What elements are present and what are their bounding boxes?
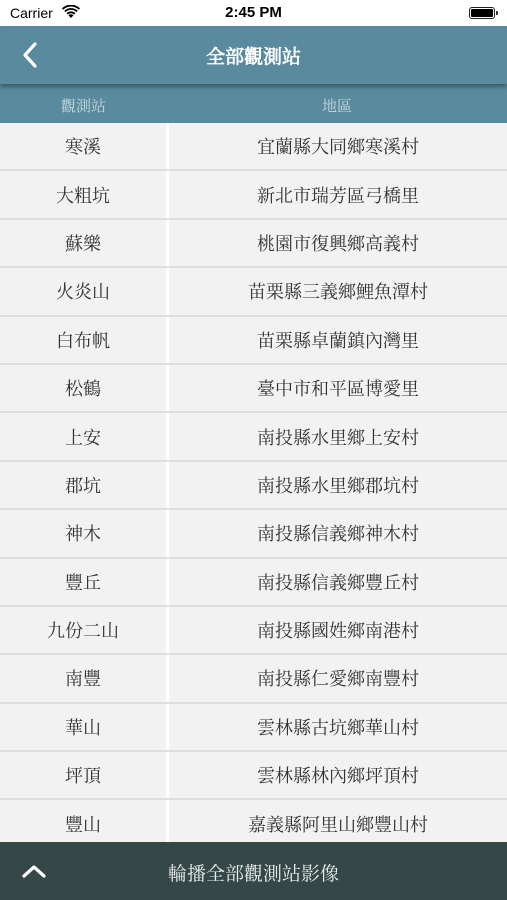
table-row[interactable]: 豐山 嘉義縣阿里山鄉豐山村 bbox=[0, 800, 507, 842]
table-row[interactable]: 郡坑 南投縣水里鄉郡坑村 bbox=[0, 462, 507, 510]
station-region: 臺中市和平區博愛里 bbox=[169, 365, 507, 411]
station-name: 寒溪 bbox=[0, 123, 166, 169]
table-row[interactable]: 九份二山 南投縣國姓鄉南港村 bbox=[0, 607, 507, 655]
station-name: 南豐 bbox=[0, 655, 166, 701]
station-name: 松鶴 bbox=[0, 365, 166, 411]
table-row[interactable]: 坪頂 雲林縣林內鄉坪頂村 bbox=[0, 752, 507, 800]
station-region: 南投縣仁愛鄉南豐村 bbox=[169, 655, 507, 701]
table-header: 觀測站 地區 bbox=[0, 84, 507, 123]
station-region: 南投縣水里鄉郡坑村 bbox=[169, 462, 507, 508]
station-name: 大粗坑 bbox=[0, 171, 166, 217]
station-region: 南投縣國姓鄉南港村 bbox=[169, 607, 507, 653]
station-name: 華山 bbox=[0, 704, 166, 750]
station-name: 白布帆 bbox=[0, 317, 166, 363]
table-row[interactable]: 華山 雲林縣古坑鄉華山村 bbox=[0, 704, 507, 752]
table-row[interactable]: 火炎山 苗栗縣三義鄉鯉魚潭村 bbox=[0, 268, 507, 316]
table-row[interactable]: 白布帆 苗栗縣卓蘭鎮內灣里 bbox=[0, 317, 507, 365]
slideshow-all-stations-button[interactable]: 輪播全部觀測站影像 bbox=[0, 842, 507, 900]
station-name: 郡坑 bbox=[0, 462, 166, 508]
table-row[interactable]: 蘇樂 桃園市復興鄉高義村 bbox=[0, 220, 507, 268]
station-region: 宜蘭縣大同鄉寒溪村 bbox=[169, 123, 507, 169]
station-region: 雲林縣古坑鄉華山村 bbox=[169, 704, 507, 750]
station-name: 豐丘 bbox=[0, 559, 166, 605]
table-row[interactable]: 大粗坑 新北市瑞芳區弓橋里 bbox=[0, 171, 507, 219]
station-name: 火炎山 bbox=[0, 268, 166, 314]
station-name: 上安 bbox=[0, 413, 166, 459]
table-row[interactable]: 松鶴 臺中市和平區博愛里 bbox=[0, 365, 507, 413]
station-region: 苗栗縣三義鄉鯉魚潭村 bbox=[169, 268, 507, 314]
station-region: 新北市瑞芳區弓橋里 bbox=[169, 171, 507, 217]
station-name: 豐山 bbox=[0, 800, 166, 842]
station-region: 嘉義縣阿里山鄉豐山村 bbox=[169, 800, 507, 842]
status-bar: Carrier 2:45 PM bbox=[0, 0, 507, 26]
station-name: 蘇樂 bbox=[0, 220, 166, 266]
table-row[interactable]: 南豐 南投縣仁愛鄉南豐村 bbox=[0, 655, 507, 703]
slideshow-label: 輪播全部觀測站影像 bbox=[0, 859, 507, 886]
column-header-region: 地區 bbox=[167, 95, 507, 116]
station-name: 九份二山 bbox=[0, 607, 166, 653]
table-row[interactable]: 上安 南投縣水里鄉上安村 bbox=[0, 413, 507, 461]
station-table[interactable]: 寒溪 宜蘭縣大同鄉寒溪村 大粗坑 新北市瑞芳區弓橋里 蘇樂 桃園市復興鄉高義村 … bbox=[0, 123, 507, 842]
station-region: 桃園市復興鄉高義村 bbox=[169, 220, 507, 266]
column-header-station: 觀測站 bbox=[0, 95, 167, 116]
station-region: 苗栗縣卓蘭鎮內灣里 bbox=[169, 317, 507, 363]
battery-full-icon bbox=[469, 7, 495, 19]
station-region: 南投縣信義鄉豐丘村 bbox=[169, 559, 507, 605]
station-name: 神木 bbox=[0, 510, 166, 556]
navigation-bar: 全部觀測站 bbox=[0, 26, 507, 84]
table-row[interactable]: 神木 南投縣信義鄉神木村 bbox=[0, 510, 507, 558]
station-name: 坪頂 bbox=[0, 752, 166, 798]
station-region: 雲林縣林內鄉坪頂村 bbox=[169, 752, 507, 798]
station-region: 南投縣水里鄉上安村 bbox=[169, 413, 507, 459]
station-region: 南投縣信義鄉神木村 bbox=[169, 510, 507, 556]
page-title: 全部觀測站 bbox=[0, 42, 507, 69]
table-row[interactable]: 豐丘 南投縣信義鄉豐丘村 bbox=[0, 559, 507, 607]
clock: 2:45 PM bbox=[0, 4, 507, 21]
table-row[interactable]: 寒溪 宜蘭縣大同鄉寒溪村 bbox=[0, 123, 507, 171]
